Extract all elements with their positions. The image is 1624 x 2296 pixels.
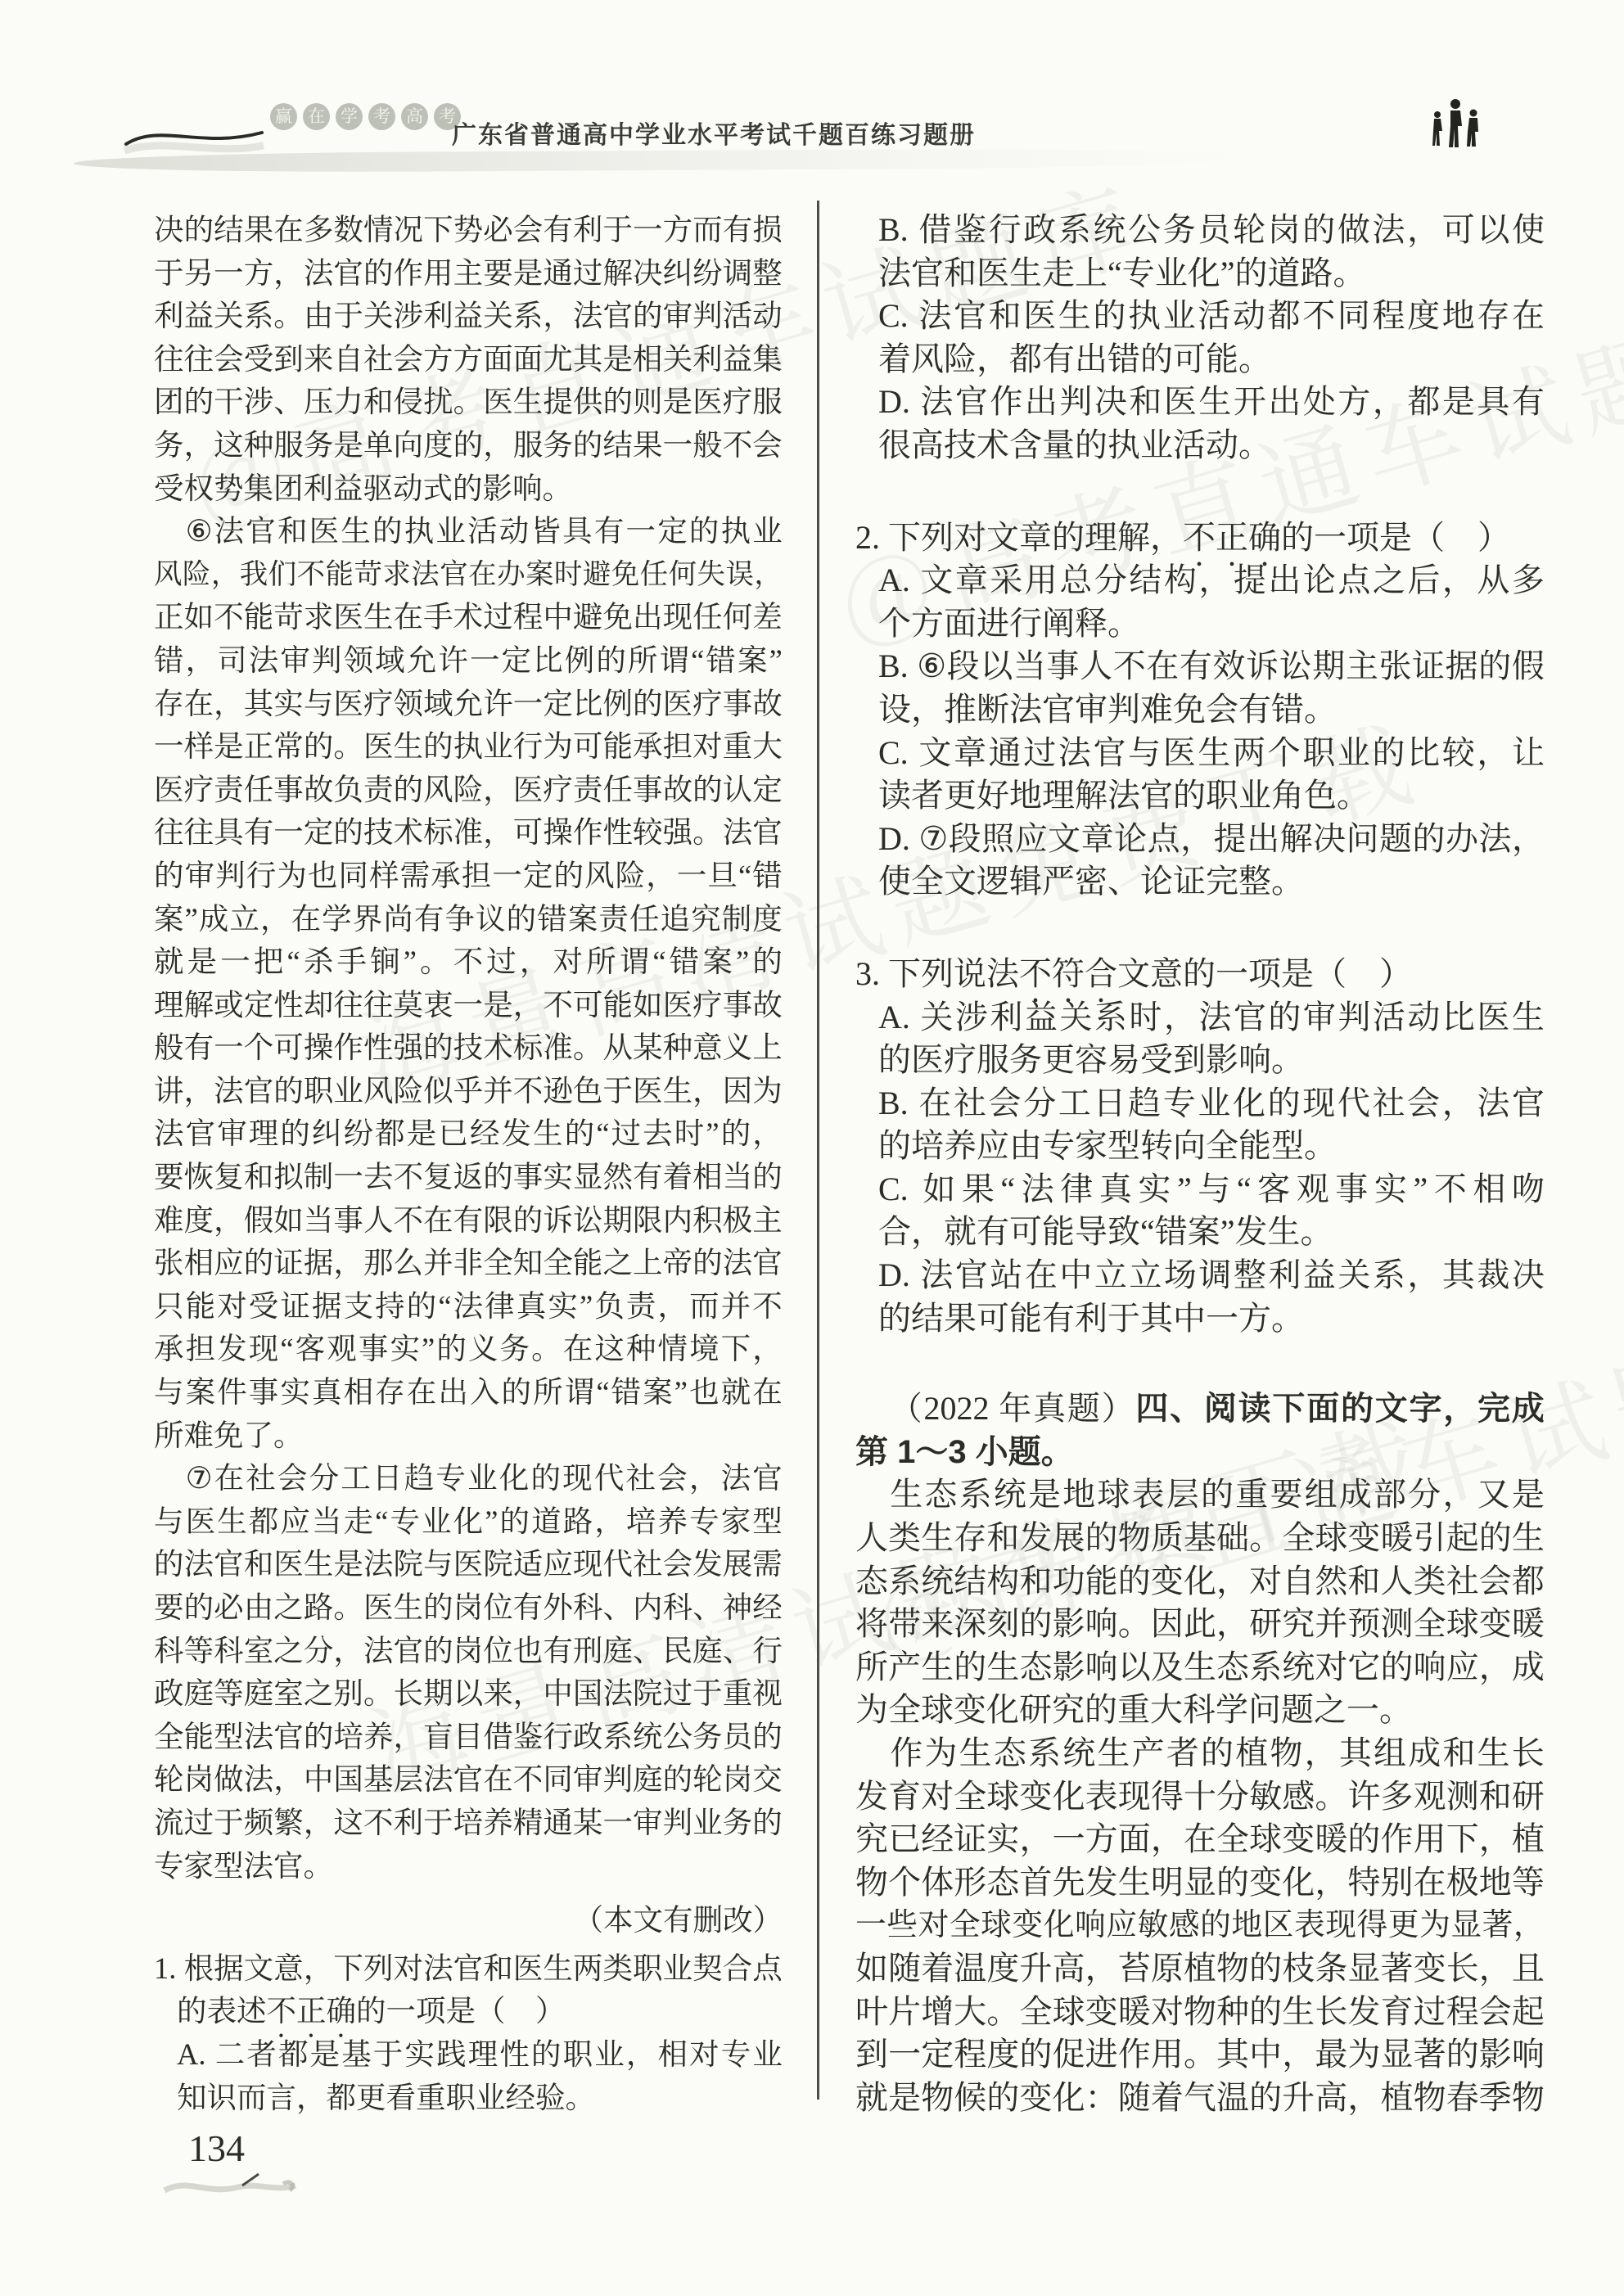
column-divider: [817, 201, 819, 2100]
paragraph-6-line: 的审判行为也同样需承担一定的风险，一旦“错: [154, 855, 783, 898]
paragraph-6-line: 承担发现“客观事实”的义务。在这种情境下，: [154, 1328, 783, 1371]
question-2-line: A. 文章采用总分结构，提出论点之后，从多: [878, 559, 1545, 602]
paragraph-5-continuation-line: 往往会受到来自社会方方面面尤其是相关利益集: [154, 338, 783, 381]
paragraph-6-line: 所难免了。: [154, 1414, 783, 1458]
brand-circle: 考: [368, 103, 395, 130]
spacer: [855, 1340, 1545, 1387]
passage-paragraph-1-line: 人类生存和发展的物质基础。全球变暖引起的生: [855, 1517, 1545, 1560]
question-2-line: B. ⑥段以当事人不在有效诉讼期主张证据的假: [878, 645, 1545, 688]
spacer: [855, 904, 1545, 953]
paragraph-7-line: 流过于频繁，这不利于培养精通某一审判业务的: [154, 1802, 783, 1845]
paragraph-7-line: 的法官和医生是法院与医院适应现代社会发展需: [154, 1543, 783, 1586]
question-1-line: 知识而言，都更看重职业经验。: [177, 2077, 783, 2120]
section-header-line: 第 1～3 小题。: [855, 1431, 1545, 1474]
question-1-options-line: B. 借鉴行政系统公务员轮岗的做法，可以使: [878, 209, 1545, 252]
paragraph-6-line: 般有一个可操作性强的技术标准。从某种意义上: [154, 1026, 783, 1070]
paragraph-7-line: 与医生都应当走“专业化”的道路，培养专家型: [154, 1500, 783, 1544]
question-3-line: C. 如果“法律真实”与“客观事实”不相吻: [878, 1168, 1545, 1211]
passage-paragraph-2-line: 作为生态系统生产者的植物，其组成和生长: [855, 1732, 1545, 1775]
question-3-line: 3. 下列说法不符合文意的一项是（ ）: [855, 953, 1545, 996]
paragraph-6-line: 法官审理的纠纷都是已经发生的“过去时”的，: [154, 1112, 783, 1156]
question-1-options-line: 法官和医生走上“专业化”的道路。: [878, 252, 1545, 295]
paragraph-6-line: 讲，法官的职业风险似乎并不逊色于医生，因为: [154, 1070, 783, 1113]
question-1-options-line: 很高技术含量的执业活动。: [878, 424, 1545, 467]
textbook-page: 赢在学考高考 广东省普通高中学业水平考试千题百练习题册 ＠高考直通车试题库海量高…: [0, 0, 1624, 2296]
brand-swoosh-icon: [123, 113, 266, 158]
question-1-line: 的表述不正确的一项是（ ）: [177, 1990, 783, 2033]
paragraph-7-line: 全能型法官的培养，盲目借鉴行政系统公务员的: [154, 1716, 783, 1759]
right-column: B. 借鉴行政系统公务员轮岗的做法，可以使法官和医生走上“专业化”的道路。C. …: [855, 209, 1545, 2119]
paragraph-7-line: 轮岗做法，中国基层法官在不同审判庭的轮岗交: [154, 1758, 783, 1802]
brand-circle: 赢: [270, 103, 297, 130]
question-3-line: A. 关涉利益关系时，法官的审判活动比医生: [878, 996, 1545, 1040]
question-3-line: 的医疗服务更容易受到影响。: [878, 1039, 1545, 1082]
question-3-line: D. 法官站在中立立场调整利益关系，其裁决: [878, 1254, 1545, 1297]
passage-paragraph-1-line: 为全球变化研究的重大科学问题之一。: [855, 1689, 1545, 1732]
paragraph-7-line: 政庭等庭室之别。长期以来，中国法院过于重视: [154, 1672, 783, 1716]
brand-circle: 高: [401, 103, 428, 130]
left-column: 决的结果在多数情况下势必会有利于一方而有损于另一方，法官的作用主要是通过解决纠纷…: [154, 209, 783, 2119]
paragraph-6-line: 往往具有一定的技术标准，可操作性较强。法官: [154, 811, 783, 855]
paragraph-6-line: 就是一把“杀手锏”。不过，对所谓“错案”的: [154, 941, 783, 984]
passage-paragraph-2-line: 就是物候的变化：随着气温的升高，植物春季物: [855, 2077, 1545, 2120]
question-2-line: C. 文章通过法官与医生两个职业的比较，让: [878, 732, 1545, 775]
paragraph-6-line: 难度，假如当事人不在有限的诉讼期限内积极主: [154, 1199, 783, 1243]
paragraph-6-line: ⑥法官和医生的执业活动皆具有一定的执业: [154, 510, 783, 553]
running-people-icon: [1426, 97, 1485, 156]
paragraph-6-line: 理解或定性却往往莫衷一是，不可能如医疗事故: [154, 984, 783, 1027]
passage-paragraph-2-line: 究已经证实，一方面，在全球变暖的作用下，植: [855, 1818, 1545, 1861]
question-2-line: 使全文逻辑严密、论证完整。: [878, 860, 1545, 904]
paragraph-7-line: 专家型法官。: [154, 1845, 783, 1888]
brand-circle: 在: [303, 103, 330, 130]
paragraph-5-continuation-line: 团的干涉、压力和侵扰。医生提供的则是医疗服: [154, 381, 783, 424]
paragraph-7-line: ⑦在社会分工日趋专业化的现代社会，法官: [154, 1457, 783, 1500]
paragraph-7-line: 要的必由之路。医生的岗位有外科、内科、神经: [154, 1586, 783, 1630]
passage-paragraph-2-line: 叶片增大。全球变暖对物种的生长发育过程会起: [855, 1991, 1545, 2034]
question-1-options-line: D. 法官作出判决和医生开出处方，都是具有: [878, 381, 1545, 424]
spacer: [855, 467, 1545, 516]
question-2-line: D. ⑦段照应文章论点，提出解决问题的办法，: [878, 818, 1545, 861]
question-2-line: 读者更好地理解法官的职业角色。: [878, 774, 1545, 818]
paragraph-5-continuation-line: 于另一方，法官的作用主要是通过解决纠纷调整: [154, 252, 783, 295]
paragraph-6-line: 只能对受证据支持的“法律真实”负责，而并不: [154, 1285, 783, 1328]
header-title: 广东省普通高中学业水平考试千题百练习题册: [452, 115, 976, 151]
question-1-line: A. 二者都是基于实践理性的职业，相对专业: [177, 2033, 783, 2077]
paragraph-6-line: 存在，其实与医疗领域允许一定比例的医疗事故: [154, 683, 783, 726]
paragraph-6-line: 错，司法审判领域允许一定比例的所谓“错案”: [154, 639, 783, 683]
paragraph-6-line: 要恢复和拟制一去不复返的事实显然有着相当的: [154, 1156, 783, 1199]
passage-paragraph-2-line: 如随着温度升高，苔原植物的枝条显著变长，且: [855, 1947, 1545, 1991]
passage-paragraph-2-line: 到一定程度的促进作用。其中，最为显著的影响: [855, 2033, 1545, 2077]
paragraph-6-line: 张相应的证据，那么并非全知全能之上帝的法官: [154, 1242, 783, 1285]
question-2-line: 2. 下列对文章的理解，不正确的一项是（ ）: [855, 516, 1545, 560]
question-3-line: 的培养应由专家型转向全能型。: [878, 1125, 1545, 1168]
question-1-options-line: C. 法官和医生的执业活动都不同程度地存在: [878, 295, 1545, 338]
paragraph-6-line: 风险，我们不能苛求法官在办案时避免任何失误，: [154, 553, 783, 597]
page-number: 134: [188, 2127, 245, 2170]
question-3-line: 合，就有可能导致“错案”发生。: [878, 1211, 1545, 1254]
section-header-line: （2022 年真题）四、阅读下面的文字，完成: [855, 1387, 1545, 1431]
question-1-options-line: 着风险，都有出错的可能。: [878, 338, 1545, 381]
paragraph-6-line: 与案件事实真相存在出入的所谓“错案”也就在: [154, 1371, 783, 1414]
paragraph-7-line: 科等科室之分，法官的岗位也有刑庭、民庭、行: [154, 1630, 783, 1673]
spacer: [154, 1888, 783, 1899]
paragraph-6-line: 案”成立，在学界尚有争议的错案责任追究制度: [154, 898, 783, 941]
brand-circle: 学: [336, 103, 363, 130]
passage-paragraph-2-line: 一些对全球变化响应敏感的地区表现得更为显著，: [855, 1904, 1545, 1947]
passage-paragraph-1-line: 所产生的生态影响以及生态系统对它的响应，成: [855, 1646, 1545, 1689]
question-3-line: B. 在社会分工日趋专业化的现代社会，法官: [878, 1082, 1545, 1125]
passage-paragraph-1-line: 态系统结构和功能的变化，对自然和人类社会都: [855, 1560, 1545, 1604]
source-note-line: （本文有删改）: [154, 1899, 783, 1942]
paragraph-6-line: 正如不能苛求医生在手术过程中避免出现任何差: [154, 596, 783, 639]
paragraph-5-continuation-line: 决的结果在多数情况下势必会有利于一方而有损: [154, 209, 783, 252]
paragraph-5-continuation-line: 受权势集团利益驱动式的影响。: [154, 467, 783, 511]
passage-paragraph-2-line: 发育对全球变化表现得十分敏感。许多观测和研: [855, 1775, 1545, 1819]
paragraph-5-continuation-line: 务，这种服务是单向度的，服务的结果一般不会: [154, 424, 783, 467]
question-1-line: 1. 根据文意，下列对法官和医生两类职业契合点: [154, 1947, 783, 1991]
question-2-line: 设，推断法官审判难免会有错。: [878, 688, 1545, 732]
footer-squiggle-icon: [160, 2167, 324, 2208]
paragraph-6-line: 医疗责任事故负责的风险，医疗责任事故的认定: [154, 769, 783, 812]
paragraph-6-line: 一样是正常的。医生的执业行为可能承担对重大: [154, 725, 783, 769]
question-2-line: 个方面进行阐释。: [878, 602, 1545, 646]
passage-paragraph-1-line: 将带来深刻的影响。因此，研究并预测全球变暖: [855, 1603, 1545, 1646]
passage-paragraph-1-line: 生态系统是地球表层的重要组成部分，又是: [855, 1473, 1545, 1517]
question-3-line: 的结果可能有利于其中一方。: [878, 1297, 1545, 1341]
paragraph-5-continuation-line: 利益关系。由于关涉利益关系，法官的审判活动: [154, 295, 783, 338]
passage-paragraph-2-line: 物个体形态首先发生明显的变化，特别在极地等: [855, 1861, 1545, 1905]
brand-logo: 赢在学考高考: [270, 103, 461, 130]
